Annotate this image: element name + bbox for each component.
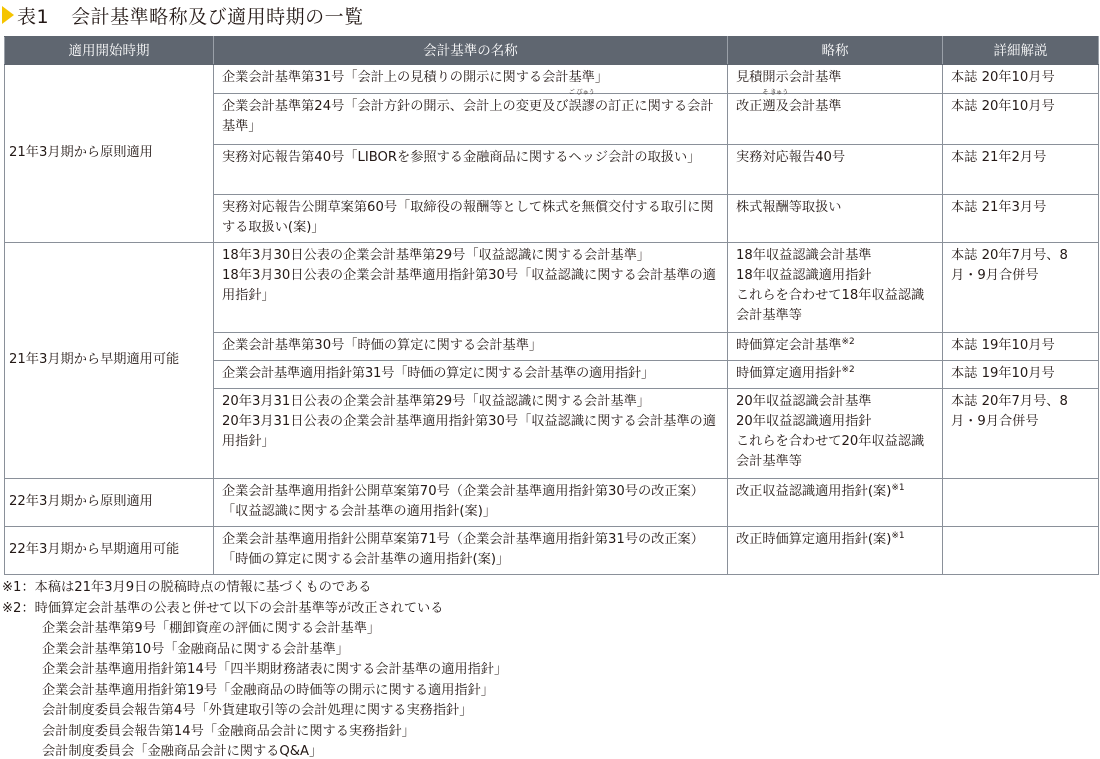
footnote-ref: ※1 <box>891 483 904 493</box>
standard-name-cell: 企業会計基準第24号「会計方針の開示、会計上の変更及びご びゅう誤謬の訂正に関す… <box>214 94 728 145</box>
period-cell: 22年3月期から原則適用 <box>5 479 214 527</box>
footnotes: ※1：本稿は21年3月9日の脱稿時点の情報に基づくものである ※2：時価算定会計… <box>2 578 507 759</box>
standard-name-cell: 実務対応報告公開草案第60号「取締役の報酬等として株式を無償交付する取引に関する… <box>214 195 728 243</box>
standard-name-cell: 企業会計基準適用指針公開草案第71号（企業会計基準適用指針第31号の改正案）「時… <box>214 527 728 575</box>
footnote-2-item: 企業会計基準適用指針第14号「四半期財務諸表に関する会計基準の適用指針」 <box>2 660 507 681</box>
detail-cell: 本誌 19年10月号 <box>943 361 1099 389</box>
footnote-ref: ※2 <box>842 365 855 375</box>
column-header-period: 適用開始時期 <box>5 37 214 65</box>
table-number: 表1 <box>17 2 49 29</box>
column-header-name: 会計基準の名称 <box>214 37 728 65</box>
footnote-2-item: 会計制度委員会「金融商品会計に関するQ&A」 <box>2 742 507 759</box>
detail-cell: 本誌 21年3月号 <box>943 195 1099 243</box>
standard-name-cell: 20年3月31日公表の企業会計基準第29号「収益認識に関する会計基準」 20年3… <box>214 389 728 479</box>
detail-cell <box>943 527 1099 575</box>
footnote-ref: ※2 <box>842 337 855 347</box>
table-title-text: 会計基準略称及び適用時期の一覧 <box>71 2 364 29</box>
abbr-cell: 見積開示会計基準 <box>728 65 943 94</box>
column-header-abbr: 略称 <box>728 37 943 65</box>
standard-name-cell: 企業会計基準第30号「時価の算定に関する会計基準」 <box>214 333 728 361</box>
footnote-2-item: 会計制度委員会報告第14号「金融商品会計に関する実務指針」 <box>2 722 507 743</box>
period-cell: 22年3月期から早期適用可能 <box>5 527 214 575</box>
footnote-2-item: 企業会計基準第10号「金融商品に関する会計基準」 <box>2 640 507 661</box>
footnote-2-item: 企業会計基準適用指針第19号「金融商品の時価等の開示に関する適用指針」 <box>2 681 507 702</box>
table-row: 21年3月期から原則適用 企業会計基準第31号「会計上の見積りの開示に関する会計… <box>5 65 1099 94</box>
standard-name-cell: 実務対応報告第40号「LIBORを参照する金融商品に関するヘッジ会計の取扱い」 <box>214 145 728 195</box>
table-row: 22年3月期から原則適用 企業会計基準適用指針公開草案第70号（企業会計基準適用… <box>5 479 1099 527</box>
table-row: 22年3月期から早期適用可能 企業会計基準適用指針公開草案第71号（企業会計基準… <box>5 527 1099 575</box>
detail-cell: 本誌 21年2月号 <box>943 145 1099 195</box>
detail-cell: 本誌 20年10月号 <box>943 65 1099 94</box>
table-row: 21年3月期から早期適用可能 18年3月30日公表の企業会計基準第29号「収益認… <box>5 243 1099 333</box>
abbr-cell: 時価算定適用指針※2 <box>728 361 943 389</box>
abbr-cell: 改正時価算定適用指針(案)※1 <box>728 527 943 575</box>
footnote-ref: ※1 <box>891 531 904 541</box>
abbr-cell: 改正そ きゅう遡及会計基準 <box>728 94 943 145</box>
abbr-cell: 実務対応報告40号 <box>728 145 943 195</box>
detail-cell <box>943 479 1099 527</box>
ruby-annotation: そ きゅう遡 <box>762 97 775 117</box>
standard-name-cell: 18年3月30日公表の企業会計基準第29号「収益認識に関する会計基準」 18年3… <box>214 243 728 333</box>
footnote-2: ※2：時価算定会計基準の公表と併せて以下の会計基準等が改正されている <box>2 599 507 620</box>
detail-cell: 本誌 19年10月号 <box>943 333 1099 361</box>
standards-table: 適用開始時期 会計基準の名称 略称 詳細解説 21年3月期から原則適用 企業会計… <box>4 36 1099 575</box>
period-cell: 21年3月期から原則適用 <box>5 65 214 243</box>
detail-cell: 本誌 20年7月号、8月・9月合併号 <box>943 243 1099 333</box>
abbr-cell: 18年収益認識会計基準 18年収益認識適用指針 これらを合わせて18年収益認識会… <box>728 243 943 333</box>
abbr-cell: 時価算定会計基準※2 <box>728 333 943 361</box>
table-title: 表1 会計基準略称及び適用時期の一覧 <box>2 2 364 28</box>
triangle-marker-icon <box>2 6 14 24</box>
standard-name-cell: 企業会計基準適用指針公開草案第70号（企業会計基準適用指針第30号の改正案）「収… <box>214 479 728 527</box>
footnote-2-item: 企業会計基準第9号「棚卸資産の評価に関する会計基準」 <box>2 619 507 640</box>
standard-name-cell: 企業会計基準第31号「会計上の見積りの開示に関する会計基準」 <box>214 65 728 94</box>
abbr-cell: 20年収益認識会計基準 20年収益認識適用指針 これらを合わせて20年収益認識会… <box>728 389 943 479</box>
footnote-1: ※1：本稿は21年3月9日の脱稿時点の情報に基づくものである <box>2 578 507 599</box>
abbr-cell: 株式報酬等取扱い <box>728 195 943 243</box>
footnote-2-item: 会計制度委員会報告第4号「外貨建取引等の会計処理に関する実務指針」 <box>2 701 507 722</box>
detail-cell: 本誌 20年7月号、8月・9月合併号 <box>943 389 1099 479</box>
table-header-row: 適用開始時期 会計基準の名称 略称 詳細解説 <box>5 37 1099 65</box>
detail-cell: 本誌 20年10月号 <box>943 94 1099 145</box>
period-cell: 21年3月期から早期適用可能 <box>5 243 214 479</box>
standard-name-cell: 企業会計基準適用指針第31号「時価の算定に関する会計基準の適用指針」 <box>214 361 728 389</box>
column-header-detail: 詳細解説 <box>943 37 1099 65</box>
abbr-cell: 改正収益認識適用指針(案)※1 <box>728 479 943 527</box>
ruby-annotation: ご びゅう誤謬 <box>568 97 594 117</box>
